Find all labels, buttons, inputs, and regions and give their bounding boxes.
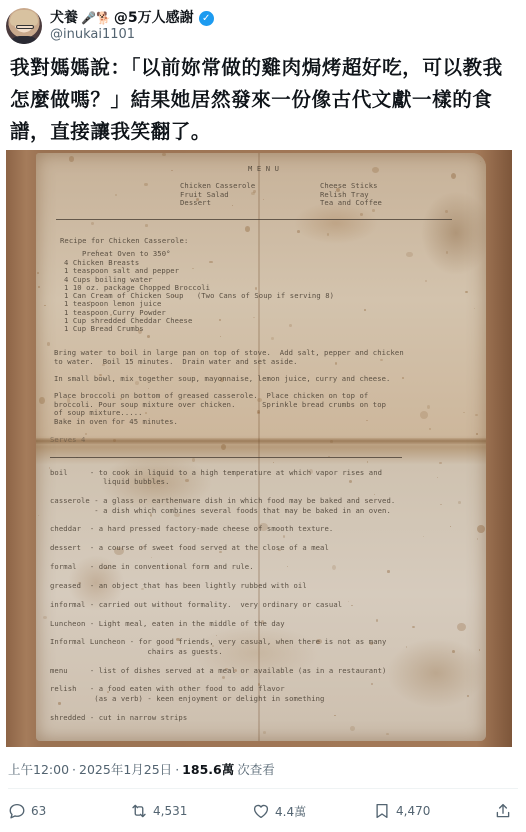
author-names: 犬養 🎤🐕 @5万人感謝 ✓ @inukai1101 [50,10,214,43]
stain-spot [147,335,150,338]
stain-spot [451,173,456,179]
recipe-preheat: Preheat Oven to 350° [82,249,171,258]
menu-heading: M E N U [248,164,279,173]
stain-spot [297,230,300,233]
stain-spot [350,726,355,731]
recipe-paper: M E N U Chicken Casserole Fruit Salad De… [36,153,486,741]
like-button[interactable]: 4.4萬 [252,802,306,820]
stain-spot [43,616,47,619]
stain-spot [463,412,464,413]
meta-separator: · [72,762,76,777]
stain-spot [263,731,266,734]
bookmark-count: 4,470 [396,804,430,818]
stain-spot [171,170,172,171]
stain-spot [39,397,45,404]
bookmark-icon [373,802,391,820]
tweet-time[interactable]: 上午12:00 [8,760,69,778]
stain-spot [475,414,478,416]
display-name-suffix[interactable]: @5万人感謝 [114,10,194,27]
glossary: boil - to cook in liquid to a high tempe… [50,468,395,722]
stain-spot [479,649,481,651]
stain-spot [38,286,40,288]
glossary-rule [50,457,402,458]
share-button[interactable] [494,802,512,820]
avatar-hair [10,10,38,26]
stain-spot [372,167,379,173]
stain-spot [221,444,226,450]
reply-button[interactable]: 63 [8,802,46,820]
stain-spot [47,342,50,345]
menu-left-items: Chicken Casserole Fruit Salad Dessert [180,182,255,208]
stain-spot [91,222,94,225]
bookmark-button[interactable]: 4,470 [373,802,430,820]
author-handle[interactable]: @inukai1101 [50,27,214,43]
display-name-row[interactable]: 犬養 🎤🐕 @5万人感謝 ✓ [50,10,214,27]
stain-spot [162,153,165,156]
meta-separator: · [175,762,179,777]
tweet-photo[interactable]: M E N U Chicken Casserole Fruit Salad De… [6,150,512,747]
stain-spot [115,194,117,196]
stain-spot [327,233,330,236]
recipe-title: Recipe for Chicken Casserole: [60,236,188,245]
stain-spot [367,461,368,463]
repost-count: 4,531 [153,804,187,818]
stain-spot [144,183,148,186]
avatar-coat [8,36,40,44]
stain-spot [450,526,451,527]
reply-icon [8,802,26,820]
stain-spot [458,501,461,504]
display-name[interactable]: 犬養 [50,10,78,27]
share-icon [494,802,512,820]
stain-spot [465,291,468,294]
stain-spot [44,305,45,306]
stain-spot [145,224,148,226]
recipe-instructions: Bring water to boil in large pan on top … [54,349,404,426]
stain-spot [425,280,427,282]
menu-rule [56,219,452,220]
tweet-text: 我對媽媽說：「以前妳常做的雞肉焗烤超好吃，可以教我怎麼做嗎？」結果她居然發來一份… [10,52,520,148]
stain-spot [271,337,274,339]
divider [8,788,518,789]
stain-spot [113,439,116,442]
stain-spot [476,433,478,435]
stain-spot [360,213,363,216]
stain-spot [263,199,264,200]
menu-right-items: Cheese Sticks Relish Tray Tea and Coffee [320,182,382,208]
views-label: 次查看 [237,760,275,778]
stain-spot [192,458,195,462]
stain-spot [429,428,431,429]
views-count: 185.6萬 [182,760,234,778]
stain-spot [452,650,454,653]
microphone-dog-emoji-icon: 🎤🐕 [81,10,111,27]
stain-spot [412,626,415,629]
repost-button[interactable]: 4,531 [130,802,187,820]
stain-spot [467,695,469,697]
recipe-serves: Serves 4 [50,435,85,444]
stain-spot [420,411,428,419]
stain-spot [440,504,442,506]
stain-spot [37,272,38,274]
tweet-header: 犬養 🎤🐕 @5万人感謝 ✓ @inukai1101 [6,6,214,46]
verified-badge-icon: ✓ [199,11,214,26]
stain-spot [437,477,438,478]
stain-spot [69,156,74,162]
stain-spot [406,252,413,258]
stain-spot [477,538,478,539]
stain-spot [457,623,466,631]
recipe-ingredients: 4 Chicken Breasts 1 teaspoon salt and pe… [64,259,334,334]
stain-spot [38,515,39,516]
avatar[interactable] [6,8,42,44]
heart-icon [252,802,270,820]
avatar-glasses [16,25,34,29]
tweet-date[interactable]: 2025年1月25日 [79,760,172,778]
paper-fold-horizontal [36,438,486,444]
stain-spot [406,646,407,647]
stain-spot [439,462,441,464]
stain-spot [423,536,424,538]
stain-spot [273,462,274,463]
stain-spot [480,161,481,162]
stain-spot [386,733,389,735]
repost-icon [130,802,148,820]
stain-spot [477,525,485,533]
stain-spot [372,209,374,212]
stain-spot [364,309,366,311]
stain-spot [474,308,475,310]
like-count: 4.4萬 [275,803,306,820]
tweet-meta: 上午12:00 · 2025年1月25日 · 185.6萬 次查看 [8,760,275,778]
stain-spot [245,226,250,231]
reply-count: 63 [31,804,46,818]
stain-spot [220,336,221,337]
action-bar: 63 4,531 4.4萬 4,470 [0,798,526,826]
stain-spot [445,210,448,214]
stain-spot [427,405,430,409]
stain-spot [446,251,449,254]
